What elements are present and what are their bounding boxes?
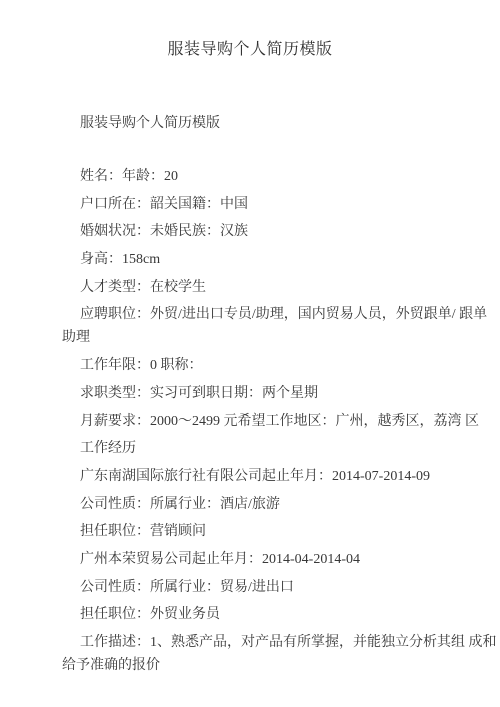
company1-position-line: 担任职位：营销顾问 (62, 520, 470, 543)
job-description-line-continued: 给予准确的报价 (62, 654, 470, 677)
company1-industry-line: 公司性质：所属行业：酒店/旅游 (62, 493, 470, 516)
residence-nationality-line: 户口所在：韶关国籍：中国 (62, 193, 470, 216)
company2-period-line: 广州本荣贸易公司起止年月：2014-04-2014-04 (62, 548, 470, 571)
document-body: 服装导购个人简历模版 姓名：年龄：20 户口所在：韶关国籍：中国 婚姻状况：未婚… (0, 112, 500, 677)
job-description-line: 工作描述：1、熟悉产品，对产品有所掌握，并能独立分析其组 成和 (62, 631, 470, 654)
company2-position-line: 担任职位：外贸业务员 (62, 603, 470, 626)
resume-document-page: 服装导购个人简历模版 服装导购个人简历模版 姓名：年龄：20 户口所在：韶关国籍… (0, 0, 500, 707)
company1-period-line: 广东南湖国际旅行社有限公司起止年月：2014-07-2014-09 (62, 465, 470, 488)
work-years-title-line: 工作年限：0 职称： (62, 354, 470, 377)
document-title: 服装导购个人简历模版 (0, 40, 500, 60)
height-line: 身高：158cm (62, 248, 470, 271)
work-experience-heading: 工作经历 (62, 437, 470, 460)
talent-type-line: 人才类型：在校学生 (62, 276, 470, 299)
salary-location-line: 月薪要求：2000～2499 元希望工作地区：广州，越秀区，荔湾 区 (62, 410, 470, 433)
desired-position-line: 应聘职位：外贸/进出口专员/助理，国内贸易人员，外贸跟单/ 跟单 (62, 303, 470, 326)
document-subtitle: 服装导购个人简历模版 (62, 112, 470, 135)
marital-status-ethnicity-line: 婚姻状况：未婚民族：汉族 (62, 220, 470, 243)
company2-industry-line: 公司性质：所属行业：贸易/进出口 (62, 576, 470, 599)
desired-position-line-continued: 助理 (62, 326, 470, 349)
name-age-line: 姓名：年龄：20 (62, 165, 470, 188)
job-type-availability-line: 求职类型：实习可到职日期：两个星期 (62, 382, 470, 405)
